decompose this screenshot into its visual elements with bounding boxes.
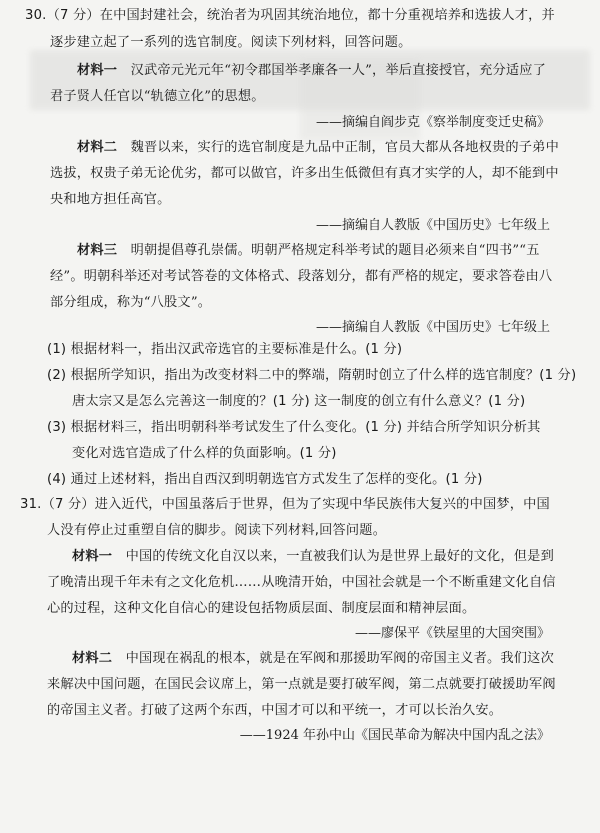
q31-material1-line1: 材料一 中国的传统文化自汉以来，一直被我们认为是世界上最好的文化，但是到: [72, 549, 554, 565]
exam-page: 30.（7 分）在中国封建社会，统治者为巩固其统治地位，都十分重视培养和选拔人才…: [0, 0, 600, 833]
q30-material1-line2: 君子贤人任官以“轨德立化”的思想。: [50, 89, 265, 105]
q31-intro-line1: 31.（7 分）进入近代，中国虽落后于世界，但为了实现中华民族伟大复兴的中国梦，…: [20, 497, 550, 513]
q30-subquestion-3-line1: (3) 根据材料三，指出明朝科举考试发生了什么变化。(1 分) 并结合所学知识分…: [47, 420, 541, 436]
q30-material3-line3: 部分组成，称为“八股文”。: [50, 295, 211, 311]
q30-material3-line2: 经”。明朝科举还对考试答卷的文体格式、段落划分，都有严格的规定，要求答卷由八: [50, 269, 552, 285]
q31-material1-source: ——廖保平《铁屋里的大国突围》: [355, 626, 550, 642]
q31-material2-line3: 的帝国主义者。打破了这两个东西，中国才可以和平统一，才可以长治久安。: [47, 703, 502, 719]
q30-material2-line2: 选拔，权贵子弟无论优劣，都可以做官，许多出生低微但有真才实学的人，却不能到中: [50, 166, 559, 182]
material-label: 材料二: [72, 651, 112, 666]
q30-material1-line1: 材料一 汉武帝元光元年“初令郡国举孝廉各一人”，举后直接授官，充分适应了: [77, 63, 546, 79]
q30-material3-source: ——摘编自人教版《中国历史》七年级上: [316, 320, 550, 336]
q30-subquestion-2-line1: (2) 根据所学知识，指出为改变材料二中的弊端，隋朝时创立了什么样的选官制度？(…: [47, 368, 576, 384]
q30-subquestion-1: (1) 根据材料一，指出汉武帝选官的主要标准是什么。(1 分): [47, 342, 402, 358]
q30-intro-line1: 30.（7 分）在中国封建社会，统治者为巩固其统治地位，都十分重视培养和选拔人才…: [25, 8, 555, 24]
q31-material1-line3: 心的过程，这种文化自信心的建设包括物质层面、制度层面和精神层面。: [47, 601, 475, 617]
q30-subquestion-3-line2: 变化对选官造成了什么样的负面影响。(1 分): [72, 446, 337, 462]
material-label: 材料三: [77, 243, 117, 258]
q31-intro-line2: 人没有停止过重塑自信的脚步。阅读下列材料,回答问题。: [47, 523, 386, 539]
q30-material3-line1: 材料三 明朝提倡尊孔崇儒。明朝严格规定科举考试的题目必须来自“四书”“五: [77, 243, 540, 259]
material-label: 材料二: [77, 140, 117, 155]
q30-material2-source: ——摘编自人教版《中国历史》七年级上: [316, 218, 550, 234]
material-label: 材料一: [72, 549, 112, 564]
q30-intro-line2: 逐步建立起了一系列的选官制度。阅读下列材料，回答问题。: [50, 35, 411, 51]
q31-material2-source: ——1924 年孙中山《国民革命为解决中国内乱之法》: [240, 728, 550, 744]
q31-material2-line2: 来解决中国问题，在国民会议席上，第一点就是要打破军阀，第二点就要打破援助军阀: [47, 677, 556, 693]
q30-subquestion-4: (4) 通过上述材料，指出自西汉到明朝选官方式发生了怎样的变化。(1 分): [47, 472, 483, 488]
q30-subquestion-2-line2: 唐太宗又是怎么完善这一制度的？(1 分) 这一制度的创立有什么意义？(1 分): [72, 394, 525, 410]
q31-material2-line1: 材料二 中国现在祸乱的根本，就是在军阀和那援助军阀的帝国主义者。我们这次: [72, 651, 554, 667]
q31-material1-line2: 了晚清出现千年未有之文化危机……从晚清开始，中国社会就是一个不断重建文化自信: [47, 575, 556, 591]
q30-material2-line3: 央和地方担任高官。: [50, 192, 171, 208]
q30-material1-source: ——摘编自阎步克《察举制度变迁史稿》: [316, 115, 550, 131]
material-label: 材料一: [77, 63, 117, 78]
q30-material2-line1: 材料二 魏晋以来，实行的选官制度是九品中正制，官员大都从各地权贵的子弟中: [77, 140, 559, 156]
